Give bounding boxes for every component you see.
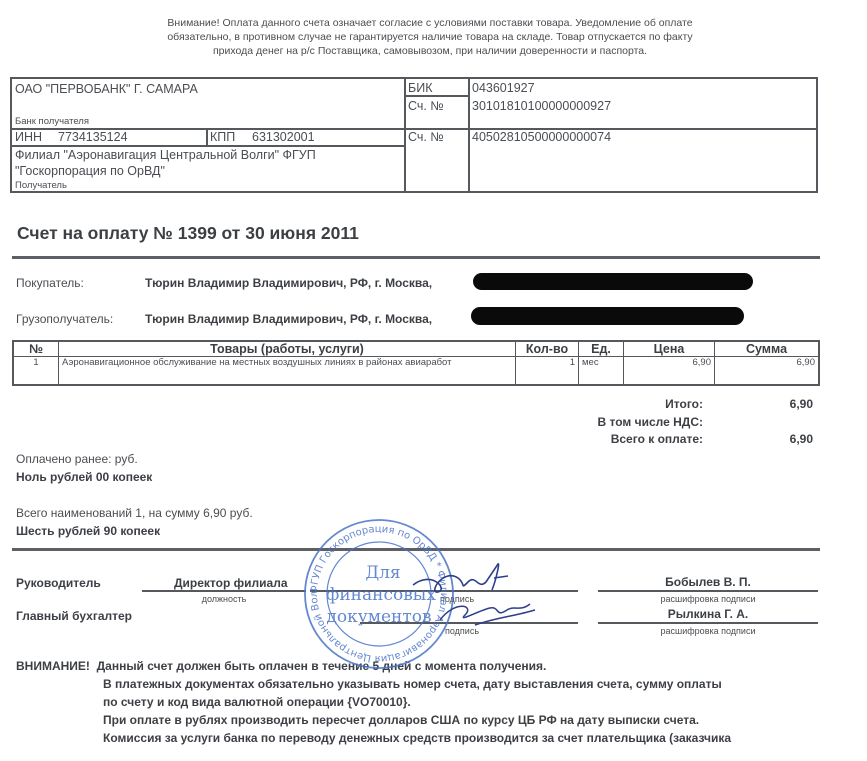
inn-value: 7734135124: [58, 130, 128, 144]
warning-line: Комиссия за услуги банка по переводу ден…: [103, 730, 731, 746]
kpp-label: КПП: [210, 130, 235, 144]
redaction-mark: [473, 273, 753, 290]
decode-caption: расшифровка подписи: [598, 626, 818, 636]
warning-line: При оплате в рублях производить пересчет…: [103, 712, 699, 728]
row-qty: 1: [516, 357, 579, 386]
decode-line: [598, 590, 818, 592]
bik-value: 043601927: [472, 81, 535, 95]
recipient-name-1: Филиал "Аэронавигация Центральной Волги"…: [15, 148, 316, 162]
head-name: Бобылев В. П.: [598, 575, 818, 589]
row-sum: 6,90: [715, 357, 820, 386]
table-row: 1 Аэронавигационное обслуживание на мест…: [13, 357, 819, 386]
paid-before-words: Ноль рублей 00 копеек: [16, 470, 152, 484]
account-value: 40502810500000000074: [472, 130, 611, 144]
total-value: 6,90: [753, 397, 813, 411]
items-table: № Товары (работы, услуги) Кол-во Ед. Цен…: [12, 340, 820, 386]
recipient-caption: Получатель: [15, 180, 67, 191]
redaction-mark: [471, 307, 744, 325]
head-label: Руководитель: [16, 576, 101, 590]
corr-account-value: 30101810100000000927: [472, 99, 611, 113]
bik-label: БИК: [408, 81, 432, 95]
accountant-name: Рылкина Г. А.: [598, 607, 818, 621]
account-label: Сч. №: [408, 130, 444, 144]
inn-label: ИНН: [15, 130, 42, 144]
accountant-label: Главный бухгалтер: [16, 609, 132, 623]
payment-notice: Внимание! Оплата данного счета означает …: [100, 16, 760, 58]
consignee-label: Грузополучатель:: [16, 312, 113, 326]
svg-text:Для: Для: [365, 563, 400, 583]
invoice-title: Счет на оплату № 1399 от 30 июня 2011: [17, 223, 359, 244]
table-header-row: № Товары (работы, услуги) Кол-во Ед. Цен…: [13, 341, 819, 357]
total-label: Итого:: [503, 397, 703, 411]
title-divider: [12, 256, 820, 259]
col-name: Товары (работы, услуги): [59, 341, 516, 357]
kpp-value: 631302001: [252, 130, 315, 144]
warning-line: по счету и код вида валютной операции {V…: [103, 694, 411, 710]
vat-label: В том числе НДС:: [503, 415, 703, 429]
row-name: Аэронавигационное обслуживание на местны…: [59, 357, 516, 386]
buyer-value: Тюрин Владимир Владимирович, РФ, г. Моск…: [145, 276, 432, 290]
corr-account-label: Сч. №: [408, 99, 444, 113]
warning-line: В платежных документах обязательно указы…: [103, 676, 722, 692]
svg-text:документов: документов: [326, 607, 431, 627]
due-label: Всего к оплате:: [503, 432, 703, 446]
position-caption: должность: [142, 594, 306, 604]
col-price: Цена: [624, 341, 715, 357]
bank-name: ОАО "ПЕРВОБАНК" Г. САМАРА: [15, 82, 198, 96]
decode-line: [598, 622, 818, 624]
consignee-value: Тюрин Владимир Владимирович, РФ, г. Моск…: [145, 312, 432, 326]
col-unit: Ед.: [579, 341, 624, 357]
due-value: 6,90: [753, 432, 813, 446]
sum-in-words: Шесть рублей 90 копеек: [16, 524, 160, 538]
row-price: 6,90: [624, 357, 715, 386]
decode-caption: расшифровка подписи: [598, 594, 818, 604]
position-line: [142, 590, 306, 592]
col-num: №: [13, 341, 59, 357]
paid-before: Оплачено ранее: руб.: [16, 452, 138, 466]
items-count-line: Всего наименований 1, на сумму 6,90 руб.: [16, 506, 253, 520]
notice-line: Внимание! Оплата данного счета означает …: [100, 16, 760, 30]
recipient-name-2: "Госкорпорация по ОрВД": [15, 164, 165, 178]
notice-line: обязательно, в противном случае не гаран…: [100, 30, 760, 44]
row-num: 1: [13, 357, 59, 386]
row-unit: мес: [579, 357, 624, 386]
col-qty: Кол-во: [516, 341, 579, 357]
col-sum: Сумма: [715, 341, 820, 357]
bank-details-table: ОАО "ПЕРВОБАНК" Г. САМАРА Банк получател…: [10, 77, 818, 193]
warning-first-line: ВНИМАНИЕ! Данный счет должен быть оплаче…: [16, 658, 546, 674]
accountant-signature: [435, 590, 545, 630]
head-position: Директор филиала: [174, 576, 288, 590]
buyer-label: Покупатель:: [16, 276, 84, 290]
warning-label: ВНИМАНИЕ!: [16, 659, 90, 673]
notice-line: прихода денег на р/с Поставщика, самовыв…: [100, 44, 760, 58]
bank-caption: Банк получателя: [15, 116, 89, 127]
